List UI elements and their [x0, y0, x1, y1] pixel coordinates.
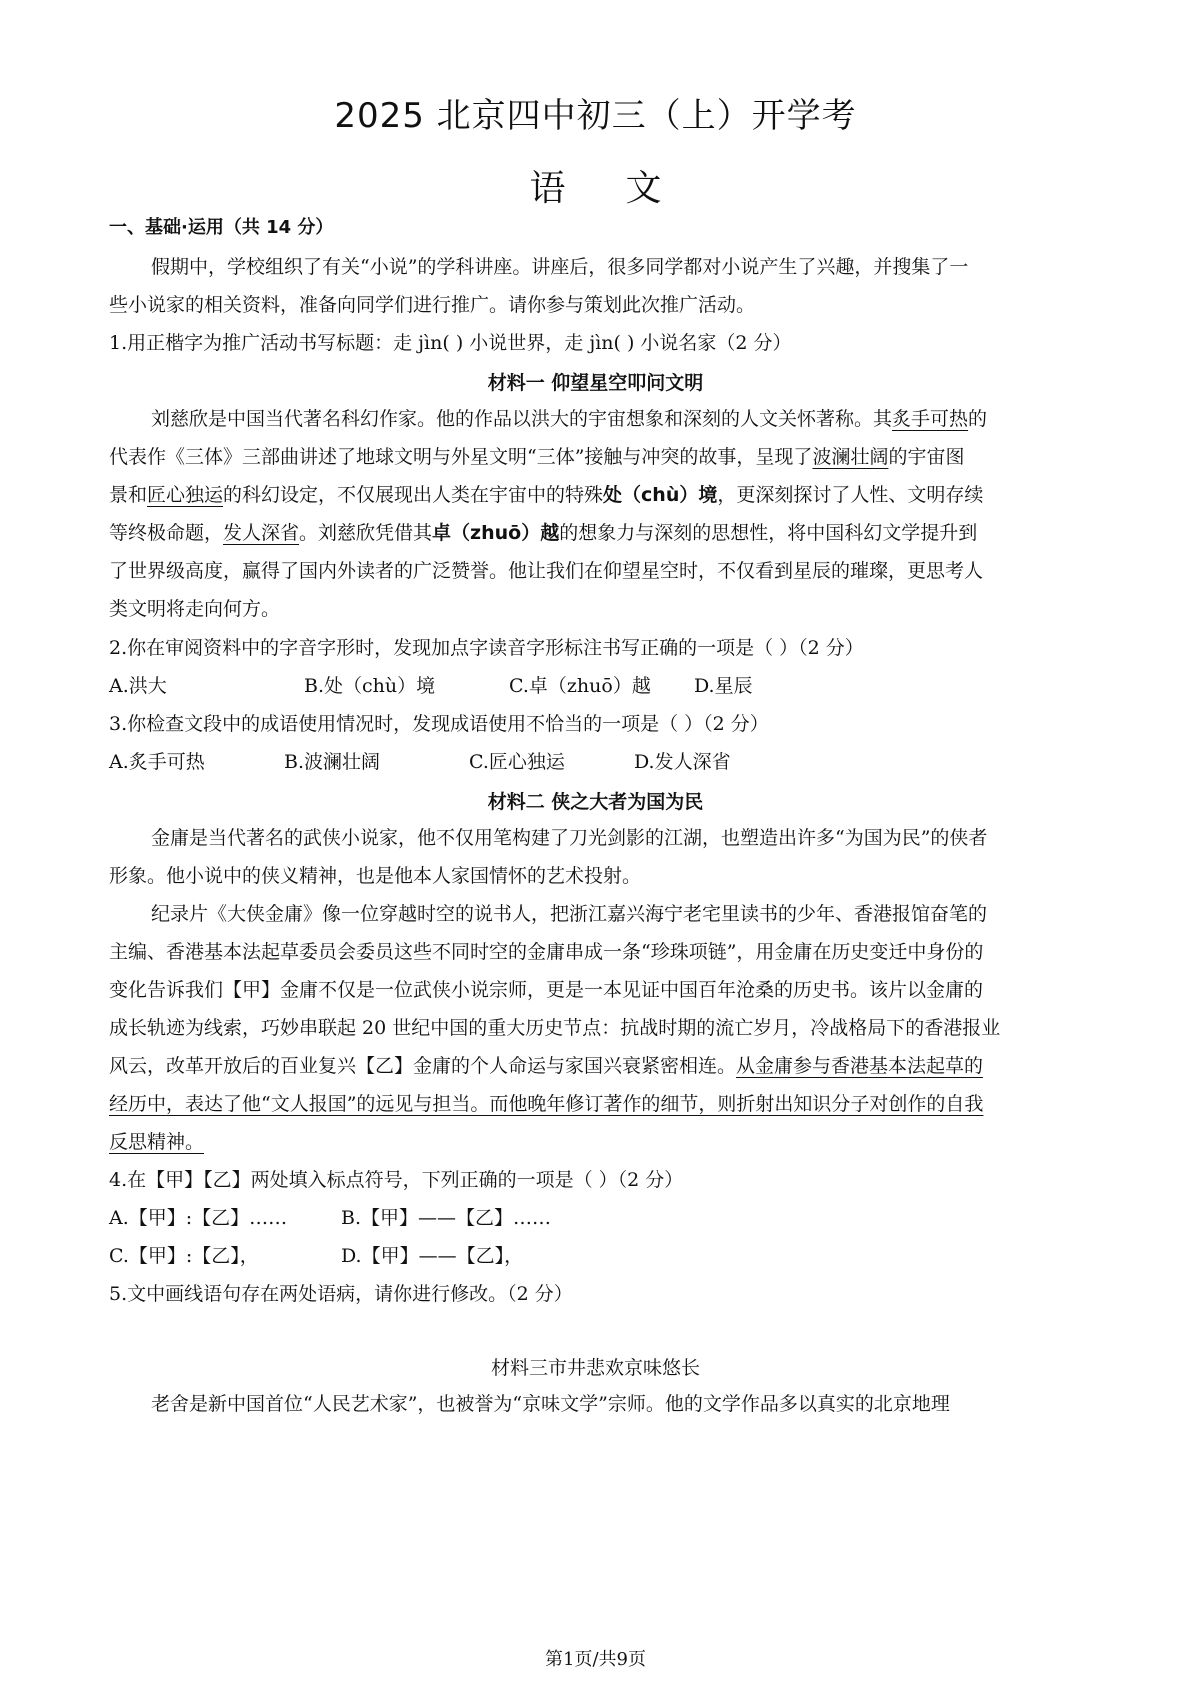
q2-option-d: D.星辰	[694, 673, 753, 699]
q3-option-b: B.波澜壮阔	[284, 749, 469, 775]
underlined-text: 波澜壮阔	[812, 446, 888, 468]
q3-option-d: D.发人深省	[634, 749, 731, 775]
text-run: ，更深刻探讨了人性、文明存续	[717, 484, 983, 506]
underlined-text: 反思精神。	[109, 1131, 204, 1153]
paragraph-line: 类文明将走向何方。	[109, 596, 1089, 622]
text-run: 的想象力与深刻的思想性，将中国科幻文学提升到	[559, 522, 977, 544]
intro-line-2: 些小说家的相关资料，准备向同学们进行推广。请你参与策划此次推广活动。	[109, 292, 1089, 318]
paragraph-line: 主编、香港基本法起草委员会委员这些不同时空的金庸串成一条“珍珠项链”，用金庸在历…	[109, 939, 1089, 965]
exam-title: 2025 北京四中初三（上）开学考	[0, 88, 1191, 137]
q3-option-a: A.炙手可热	[109, 749, 284, 775]
text-run: 纪录片《大侠金庸》像一位穿越时空的说书人，把浙江嘉兴海宁老宅里读书的少年、香港报…	[151, 903, 987, 925]
paragraph-line: 经历中，表达了他“文人报国”的远见与担当。而他晚年修订著作的细节，则折射出知识分…	[109, 1091, 1089, 1117]
text-run: 代表作《三体》三部曲讲述了地球文明与外星文明“三体”接触与冲突的故事，呈现了	[109, 446, 812, 468]
underlined-text: 匠心独运	[147, 484, 223, 506]
subject-title: 语文	[0, 160, 1191, 211]
question-5-stem: 5.文中画线语句存在两处语病，请你进行修改。（2 分）	[109, 1281, 1089, 1307]
material-1-title: 材料一 仰望星空叩问文明	[0, 368, 1191, 395]
question-4-options-row-1: A.【甲】:【乙】……B.【甲】——【乙】……	[109, 1205, 1089, 1231]
text-run: 的	[968, 408, 987, 430]
question-3-stem: 3.你检查文段中的成语使用情况时，发现成语使用不恰当的一项是（ ）（2 分）	[109, 711, 1089, 737]
text-run: 景和	[109, 484, 147, 506]
q4-option-b: B.【甲】——【乙】……	[341, 1205, 551, 1231]
material-3-title: 材料三市井悲欢京味悠长	[0, 1353, 1191, 1380]
intro-line-1: 假期中，学校组织了有关“小说”的学科讲座。讲座后，很多同学都对小说产生了兴趣，并…	[109, 254, 1131, 280]
paragraph-line: 纪录片《大侠金庸》像一位穿越时空的说书人，把浙江嘉兴海宁老宅里读书的少年、香港报…	[109, 901, 1131, 927]
underlined-text: 炙手可热	[892, 408, 968, 430]
question-4-options-row-2: C.【甲】:【乙】，D.【甲】——【乙】，	[109, 1243, 1089, 1269]
paragraph-line: 代表作《三体》三部曲讲述了地球文明与外星文明“三体”接触与冲突的故事，呈现了波澜…	[109, 444, 1089, 470]
question-4-stem: 4.在【甲】【乙】两处填入标点符号，下列正确的一项是（ ）（2 分）	[109, 1167, 1089, 1193]
paragraph-line: 金庸是当代著名的武侠小说家，他不仅用笔构建了刀光剑影的江湖，也塑造出许多“为国为…	[109, 825, 1131, 851]
question-2-stem: 2.你在审阅资料中的字音字形时，发现加点字读音字形标注书写正确的一项是（ ）（2…	[109, 635, 1089, 661]
paragraph-line: 了世界级高度，赢得了国内外读者的广泛赞誉。他让我们在仰望星空时，不仅看到星辰的璀…	[109, 558, 1089, 584]
q4-option-d: D.【甲】——【乙】，	[341, 1243, 523, 1269]
text-run: 变化告诉我们【甲】金庸不仅是一位武侠小说宗师，更是一本见证中国百年沧桑的历史书。…	[109, 979, 983, 1001]
section-heading: 一、基础·运用（共 14 分）	[109, 215, 1089, 241]
underlined-text: 经历中，表达了他“文人报国”的远见与担当。而他晚年修订著作的细节，则折射出知识分…	[109, 1093, 983, 1115]
paragraph-line: 刘慈欣是中国当代著名科幻作家。他的作品以洪大的宇宙想象和深刻的人文关怀著称。其炙…	[109, 406, 1131, 432]
paragraph-line: 等终极命题，发人深省。刘慈欣凭借其卓（zhuō）越的想象力与深刻的思想性，将中国…	[109, 520, 1089, 546]
q4-option-a: A.【甲】:【乙】……	[109, 1205, 341, 1231]
paragraph-line: 风云，改革开放后的百业复兴【乙】金庸的个人命运与家国兴衰紧密相连。从金庸参与香港…	[109, 1053, 1089, 1079]
paragraph-line: 形象。他小说中的侠义精神，也是他本人家国情怀的艺术投射。	[109, 863, 1089, 889]
text-run: 形象。他小说中的侠义精神，也是他本人家国情怀的艺术投射。	[109, 865, 641, 887]
text-run: 风云，改革开放后的百业复兴【乙】金庸的个人命运与家国兴衰紧密相连。	[109, 1055, 736, 1077]
text-run: 金庸是当代著名的武侠小说家，他不仅用笔构建了刀光剑影的江湖，也塑造出许多“为国为…	[151, 827, 987, 849]
exam-page: 2025 北京四中初三（上）开学考 语文 一、基础·运用（共 14 分） 假期中…	[0, 0, 1191, 1684]
underlined-text: 发人深省	[223, 522, 299, 544]
underlined-text: 从金庸参与香港基本法起草的	[736, 1055, 983, 1077]
text-run: 主编、香港基本法起草委员会委员这些不同时空的金庸串成一条“珍珠项链”，用金庸在历…	[109, 941, 983, 963]
paragraph-line: 变化告诉我们【甲】金庸不仅是一位武侠小说宗师，更是一本见证中国百年沧桑的历史书。…	[109, 977, 1089, 1003]
q4-option-c: C.【甲】:【乙】，	[109, 1243, 341, 1269]
question-1: 1.用正楷字为推广活动书写标题：走 jìn( ) 小说世界，走 jìn( ) 小…	[109, 330, 1089, 356]
paragraph-line: 老舍是新中国首位“人民艺术家”，也被誉为“京味文学”宗师。他的文学作品多以真实的…	[109, 1391, 1131, 1417]
page-indicator: 第1页/共9页	[0, 1645, 1191, 1671]
text-run: 了世界级高度，赢得了国内外读者的广泛赞誉。他让我们在仰望星空时，不仅看到星辰的璀…	[109, 560, 983, 582]
text-run: 老舍是新中国首位“人民艺术家”，也被誉为“京味文学”宗师。他的文学作品多以真实的…	[151, 1393, 950, 1415]
material-2-title: 材料二 侠之大者为国为民	[0, 787, 1191, 814]
text-run: 刘慈欣是中国当代著名科幻作家。他的作品以洪大的宇宙想象和深刻的人文关怀著称。其	[151, 408, 892, 430]
paragraph-line: 反思精神。	[109, 1129, 1089, 1155]
bold-annotated-text: 卓（zhuō）越	[432, 522, 559, 544]
paragraph-line: 景和匠心独运的科幻设定，不仅展现出人类在宇宙中的特殊处（chù）境，更深刻探讨了…	[109, 482, 1089, 508]
text-run: 等终极命题，	[109, 522, 223, 544]
paragraph-line: 成长轨迹为线索，巧妙串联起 20 世纪中国的重大历史节点：抗战时期的流亡岁月，冷…	[109, 1015, 1089, 1041]
text-run: 成长轨迹为线索，巧妙串联起 20 世纪中国的重大历史节点：抗战时期的流亡岁月，冷…	[109, 1017, 1000, 1039]
q3-option-c: C.匠心独运	[469, 749, 634, 775]
bold-annotated-text: 处（chù）境	[603, 484, 717, 506]
q2-option-c: C.卓（zhuō）越	[509, 673, 694, 699]
text-run: 的科幻设定，不仅展现出人类在宇宙中的特殊	[223, 484, 603, 506]
question-3-options: A.炙手可热B.波澜壮阔C.匠心独运D.发人深省	[109, 749, 1089, 775]
text-run: 的宇宙图	[888, 446, 964, 468]
q2-option-a: A.洪大	[109, 673, 304, 699]
question-2-options: A.洪大B.处（chù）境C.卓（zhuō）越D.星辰	[109, 673, 1089, 699]
text-run: 类文明将走向何方。	[109, 598, 280, 620]
q2-option-b: B.处（chù）境	[304, 673, 509, 699]
text-run: 。刘慈欣凭借其	[299, 522, 432, 544]
